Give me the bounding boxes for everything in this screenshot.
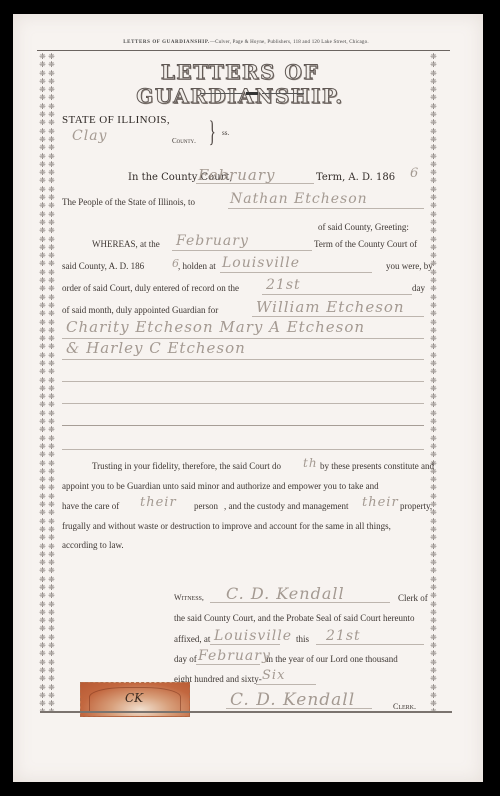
- county-name-filled: Clay: [72, 128, 107, 144]
- whereas-l2-prefix: said County, A. D. 186: [62, 261, 144, 271]
- witness-l2: the said County Court, and the Probate S…: [174, 613, 414, 623]
- ward-names-2-filled: Charity Etcheson Mary A Etcheson: [66, 318, 365, 336]
- fill-line: [262, 294, 412, 295]
- trusting-l1-suffix: by these presents constitute and: [320, 461, 434, 471]
- trusting-l2: appoint you to be Guardian unto said min…: [62, 481, 379, 491]
- whereas-l2-suffix: you were, by: [386, 261, 433, 271]
- fill-line: [220, 272, 372, 273]
- ornamental-border-left-inner: ❈ ❈ ❈ ❈ ❈ ❈ ❈ ❈ ❈ ❈ ❈ ❈ ❈ ❈ ❈ ❈ ❈ ❈ ❈ ❈ …: [47, 53, 56, 711]
- trusting-doth-filled: th: [303, 456, 318, 470]
- document-title: LETTERS OF GUARDIANSHIP.: [70, 60, 410, 108]
- whereas-l2-mid: , holden at: [178, 261, 216, 271]
- blank-ruled-line: [62, 425, 424, 426]
- witness-day-filled: 21st: [326, 628, 361, 644]
- whereas-l3-prefix: order of said Court, duly entered of rec…: [62, 283, 239, 293]
- blank-ruled-line: [62, 449, 424, 450]
- people-line-prefix: The People of the State of Illinois, to: [62, 197, 195, 207]
- clerk-name-filled: C. D. Kendall: [226, 584, 345, 603]
- fill-line: [210, 602, 390, 603]
- trusting-l1-prefix: Trusting in your fidelity, therefore, th…: [92, 461, 281, 471]
- fill-line: [196, 183, 314, 184]
- trusting-l3-mid2: , and the custody and management: [224, 501, 348, 511]
- whereas-day-filled: 21st: [266, 277, 301, 293]
- fill-line: [172, 250, 312, 251]
- fill-line: [228, 208, 424, 209]
- county-label: County.: [172, 137, 196, 145]
- witness-l3-prefix: affixed, at: [174, 634, 210, 644]
- their-property-filled: their: [362, 495, 399, 510]
- ornamental-border-left-outer: ❈ ❈ ❈ ❈ ❈ ❈ ❈ ❈ ❈ ❈ ❈ ❈ ❈ ❈ ❈ ❈ ❈ ❈ ❈ ❈ …: [38, 53, 47, 711]
- trusting-l5: according to law.: [62, 540, 124, 550]
- court-line-suffix: Term, A. D. 186: [316, 172, 395, 183]
- top-rule: [37, 50, 450, 51]
- title-flourish: [200, 92, 304, 95]
- imprint-form-name: LETTERS OF GUARDIANSHIP.: [123, 40, 210, 45]
- ss-label: ss.: [222, 129, 229, 137]
- printer-imprint: LETTERS OF GUARDIANSHIP.—Culver, Page & …: [36, 40, 456, 45]
- trusting-l3-mid: person: [194, 501, 218, 511]
- fill-line: [62, 359, 424, 360]
- fill-line: [210, 644, 280, 645]
- imprint-publisher: —Culver, Page & Hoyne, Publishers, 118 a…: [210, 40, 369, 45]
- ward-name-1-filled: William Etcheson: [256, 298, 405, 316]
- whereas-place-filled: Louisville: [222, 255, 300, 271]
- signature-line: [226, 708, 372, 709]
- guardian-name-filled: Nathan Etcheson: [230, 191, 368, 207]
- whereas-l1-prefix: WHEREAS, at the: [92, 239, 160, 249]
- bottom-rule: [40, 711, 452, 713]
- witness-l4-suffix: in the year of our Lord one thousand: [266, 654, 398, 664]
- clerk-label: Clerk.: [393, 702, 416, 711]
- year-sixty-filled: Six: [262, 668, 285, 683]
- trusting-l4: frugally and without waste or destructio…: [62, 521, 391, 531]
- witness-place-filled: Louisville: [214, 628, 292, 644]
- witness-l3-mid: this: [296, 634, 309, 644]
- clerk-signature: C. D. Kendall: [230, 690, 355, 710]
- witness-l4-prefix: day of: [174, 654, 197, 664]
- whereas-l3-suffix: day: [412, 283, 425, 293]
- ornamental-border-right: ❈ ❈ ❈ ❈ ❈ ❈ ❈ ❈ ❈ ❈ ❈ ❈ ❈ ❈ ❈ ❈ ❈ ❈ ❈ ❈ …: [429, 53, 438, 711]
- blank-ruled-line: [62, 403, 424, 404]
- witness-month-filled: February: [198, 648, 271, 664]
- trusting-l3-suffix: property,: [400, 501, 432, 511]
- whereas-term-filled: February: [176, 233, 249, 249]
- fill-line: [316, 644, 424, 645]
- court-year-filled: 6: [410, 166, 419, 181]
- witness-label: Witness,: [174, 593, 204, 602]
- state-caption: STATE OF ILLINOIS,: [62, 114, 170, 126]
- blank-ruled-line: [62, 381, 424, 382]
- caption-brace: }: [209, 117, 216, 147]
- court-term-filled: February: [198, 166, 276, 184]
- whereas-l1-suffix: Term of the County Court of: [314, 239, 417, 249]
- trusting-l3-prefix: have the care of: [62, 501, 119, 511]
- greeting-line: of said County, Greeting:: [318, 222, 409, 232]
- ward-names-3-filled: & Harley C Etcheson: [66, 339, 246, 357]
- whereas-l4-prefix: of said month, duly appointed Guardian f…: [62, 305, 218, 315]
- stamp-cancellation: CK: [125, 691, 143, 705]
- fill-line: [256, 684, 316, 685]
- their-person-filled: their: [140, 495, 177, 510]
- fill-line: [252, 316, 424, 317]
- witness-l1-suffix: Clerk of: [398, 593, 428, 603]
- fill-line: [196, 664, 260, 665]
